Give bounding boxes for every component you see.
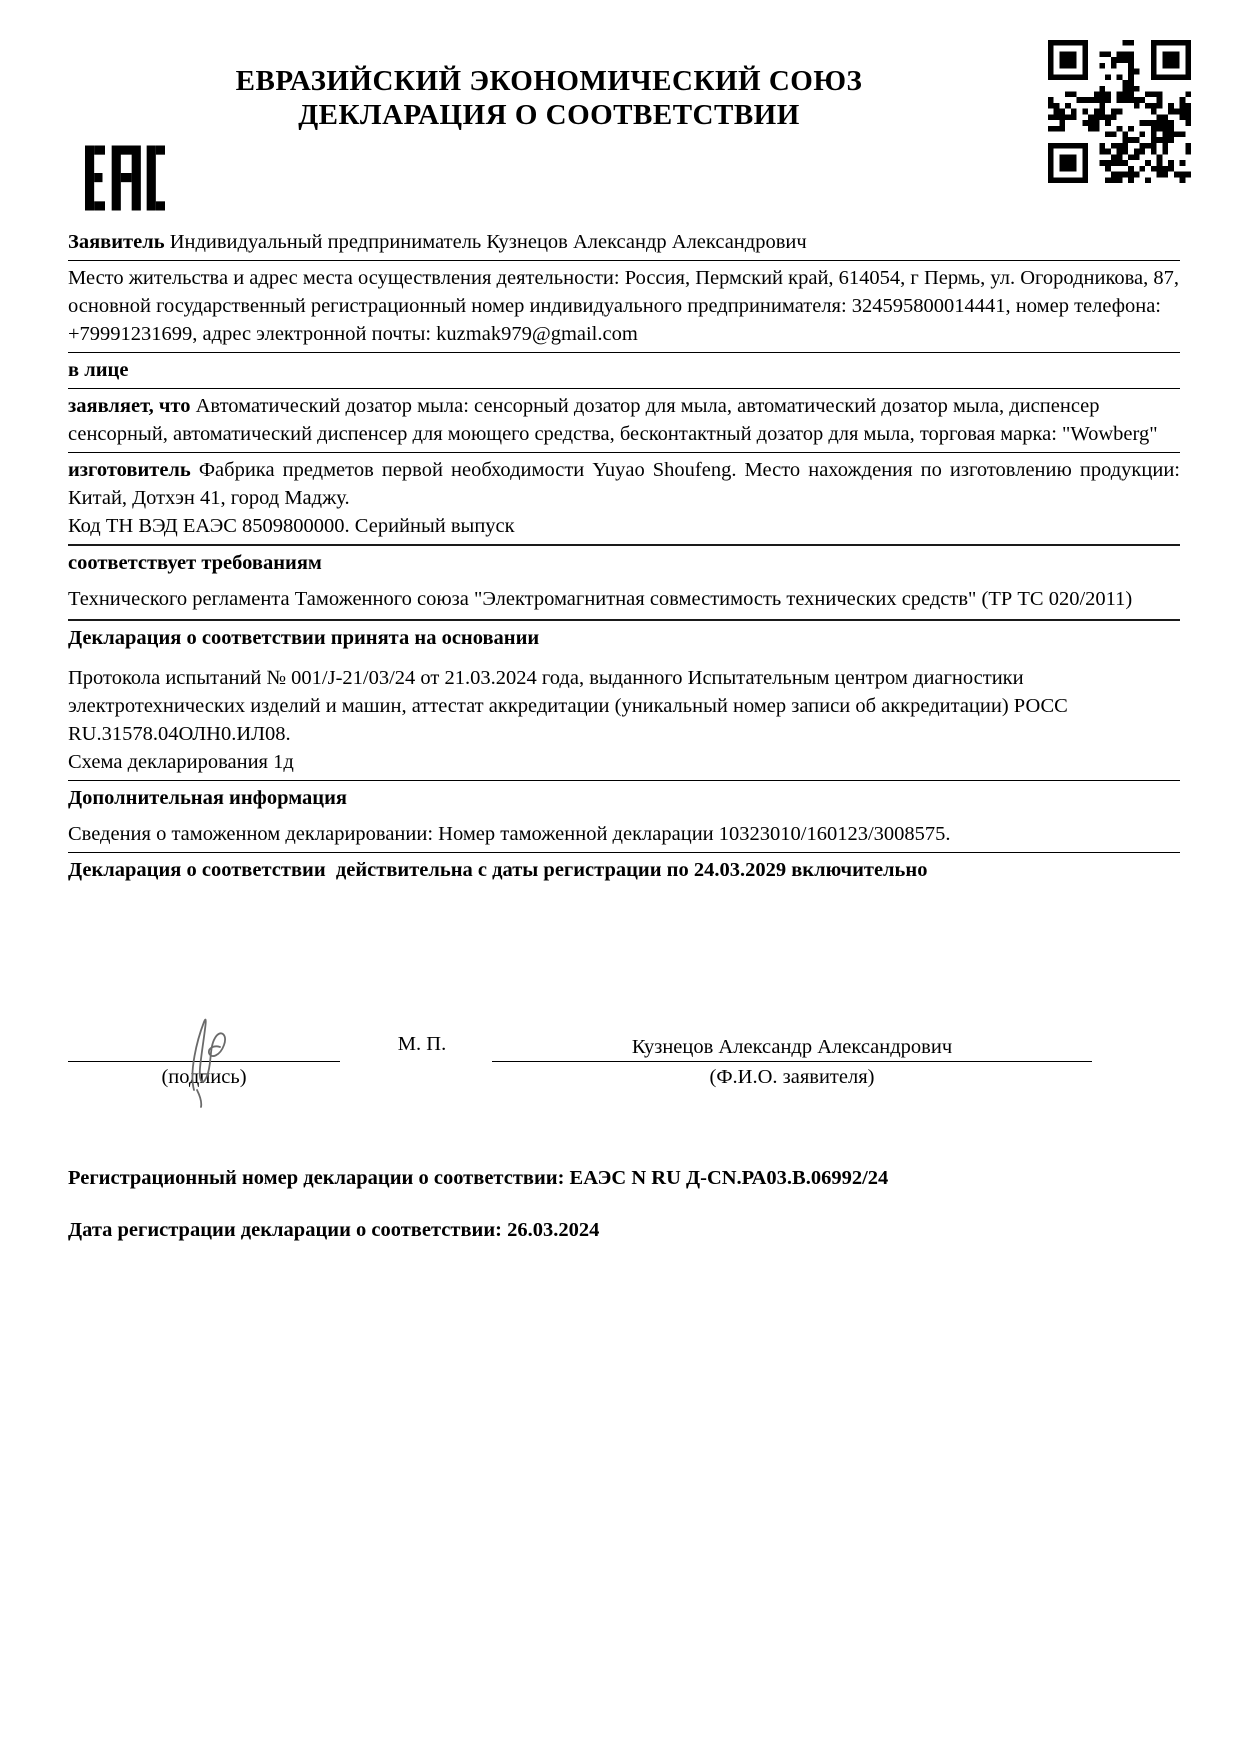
applicant-label: Заявитель (68, 231, 165, 253)
declares-paragraph: заявляет, что Автоматический дозатор мыл… (68, 392, 1180, 448)
manufacturer-label: изготовитель (68, 459, 191, 481)
applicant-value: Индивидуальный предприниматель Кузнецов … (170, 231, 807, 253)
document-title: ЕВРАЗИЙСКИЙ ЭКОНОМИЧЕСКИЙ СОЮЗ ДЕКЛАРАЦИ… (68, 64, 1030, 132)
title-line-1: ЕВРАЗИЙСКИЙ ЭКОНОМИЧЕСКИЙ СОЮЗ (68, 64, 1030, 98)
manufacturer-value: Фабрика предметов первой необходимости Y… (68, 459, 1180, 509)
complies-value: Технического регламента Таможенного союз… (68, 585, 1180, 613)
complies-label: соответствует требованиям (68, 549, 1180, 577)
divider (68, 780, 1180, 781)
registration-date-line: Дата регистрации декларации о соответств… (68, 1218, 1180, 1242)
registration-number-line: Регистрационный номер декларации о соотв… (68, 1166, 1180, 1190)
address-paragraph: Место жительства и адрес места осуществл… (68, 264, 1180, 348)
stamp-place-label: М. П. (378, 1030, 466, 1092)
additional-value: Сведения о таможенном декларировании: Но… (68, 820, 1180, 848)
basis-label: Декларация о соответствии принята на осн… (68, 624, 1180, 652)
in-person-label: в лице (68, 356, 1180, 384)
divider (68, 852, 1180, 853)
tnved-line: Код ТН ВЭД ЕАЭС 8509800000. Серийный вып… (68, 512, 1180, 540)
divider (68, 388, 1180, 389)
scheme-line: Схема декларирования 1д (68, 748, 1180, 776)
signer-name-area: Кузнецов Александр Александрович (Ф.И.О.… (492, 1035, 1092, 1092)
divider (68, 544, 1180, 546)
declaration-document: ЕВРАЗИЙСКИЙ ЭКОНОМИЧЕСКИЙ СОЮЗ ДЕКЛАРАЦИ… (0, 0, 1241, 1755)
validity-line: Декларация о соответствии действительна … (68, 856, 1180, 884)
signer-name-caption: (Ф.И.О. заявителя) (492, 1062, 1092, 1092)
signature-block: (подпись) М. П. Кузнецов Александр Алекс… (68, 1030, 1180, 1092)
signature-area: (подпись) (68, 1035, 340, 1092)
registration-block: Регистрационный номер декларации о соотв… (68, 1166, 1180, 1242)
signer-name: Кузнецов Александр Александрович (492, 1035, 1092, 1061)
applicant-line: Заявитель Индивидуальный предприниматель… (68, 228, 1180, 256)
declares-value: Автоматический дозатор мыла: сенсорный д… (68, 395, 1158, 445)
signature-caption: (подпись) (68, 1062, 340, 1092)
divider (68, 260, 1180, 261)
manufacturer-paragraph: изготовитель Фабрика предметов первой не… (68, 456, 1180, 512)
divider (68, 619, 1180, 621)
title-line-2: ДЕКЛАРАЦИЯ О СООТВЕТСТВИИ (68, 98, 1030, 132)
additional-label: Дополнительная информация (68, 784, 1180, 812)
divider (68, 352, 1180, 353)
divider (68, 452, 1180, 453)
basis-value: Протокола испытаний № 001/J-21/03/24 от … (68, 664, 1180, 748)
signature-space (68, 1035, 340, 1061)
declares-label: заявляет, что (68, 395, 190, 417)
